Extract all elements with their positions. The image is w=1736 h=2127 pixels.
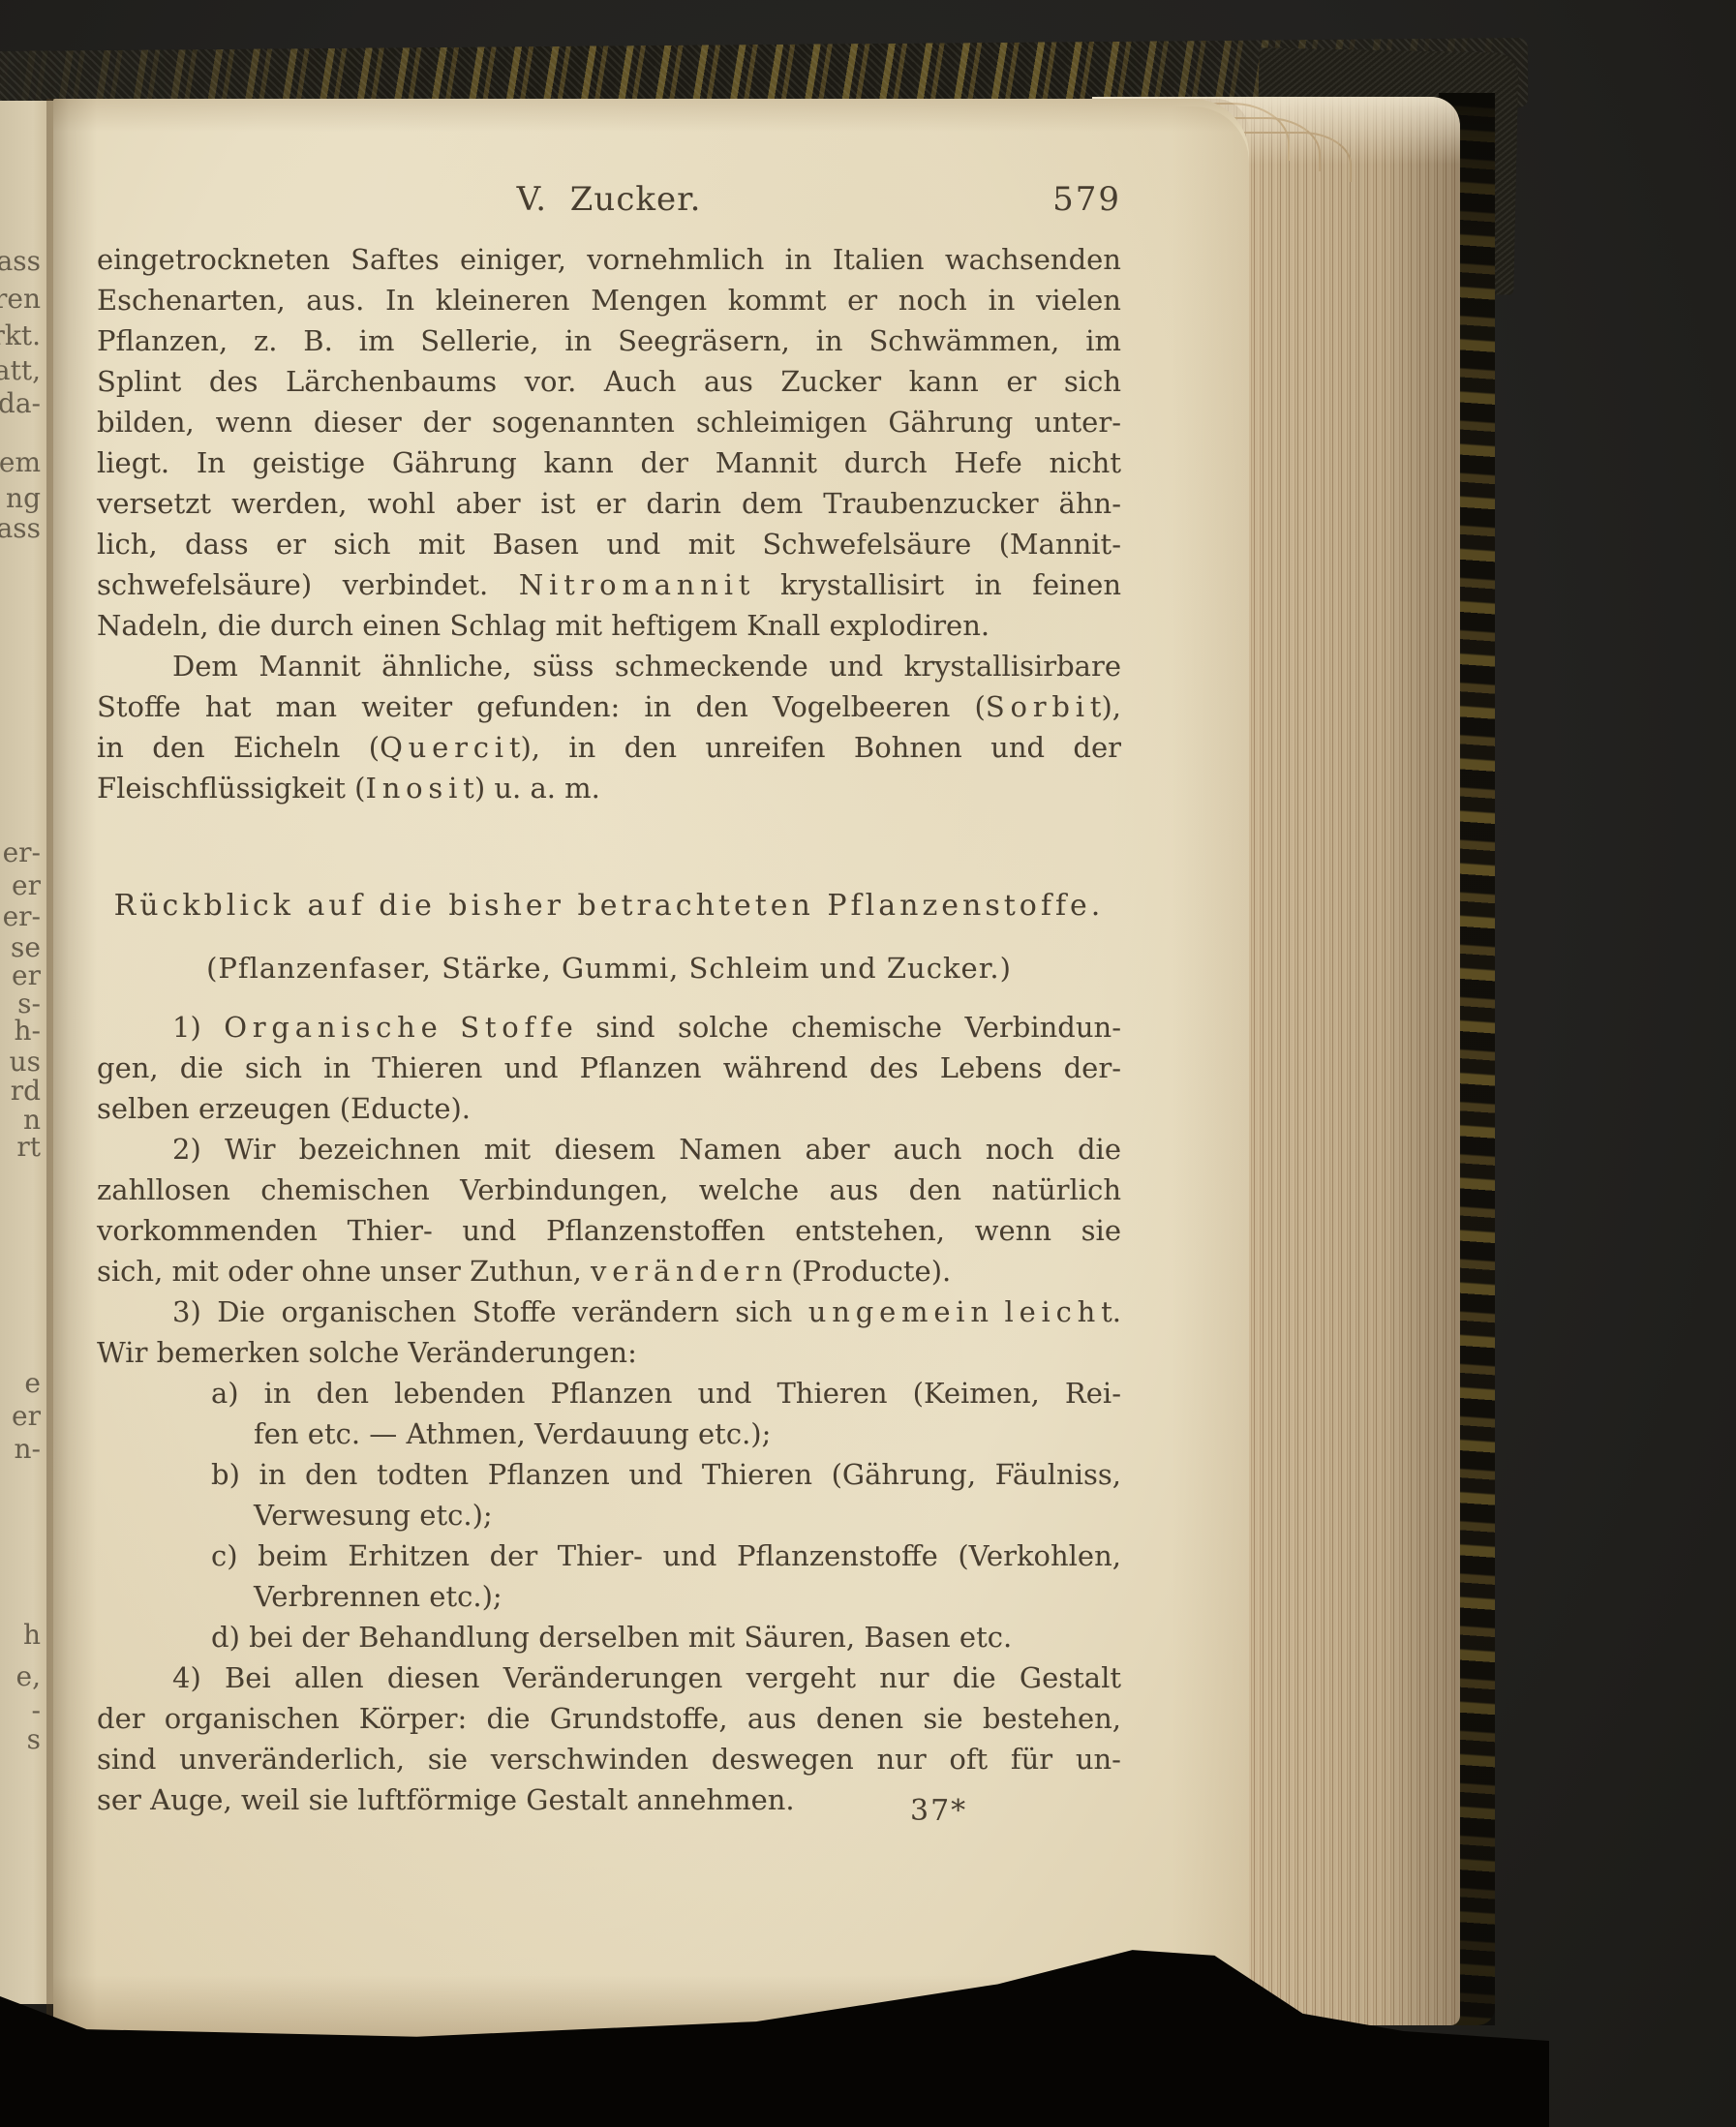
text-line: versetzt werden, wohl aber ist er darin … — [97, 483, 1121, 524]
text-line: sich, mit oder ohne unser Zuthun, v e r … — [97, 1251, 1121, 1291]
edge-text-fragment: rkt. — [0, 321, 41, 350]
edge-text-fragment: ass — [0, 247, 41, 276]
edge-text-fragment: rt — [16, 1133, 41, 1162]
edge-text-fragment: e — [24, 1369, 41, 1398]
text-line: der organischen Körper: die Grundstoffe,… — [97, 1698, 1121, 1739]
text-line: vorkommenden Thier- und Pflanzenstoffen … — [97, 1210, 1121, 1251]
text-line: Wir bemerken solche Veränderungen: — [97, 1332, 1121, 1373]
text-line: Stoffe hat man weiter gefunden: in den V… — [97, 686, 1121, 727]
text-line: Pflanzen, z. B. im Sellerie, in Seegräse… — [97, 320, 1121, 361]
edge-text-fragment: da- — [0, 389, 41, 418]
scanned-book-photo: assrenrkt.att,da-emngasser-erer-seers-h-… — [0, 0, 1736, 2127]
review-text: 1) O r g a n i s c h e S t o f f e sind … — [97, 1007, 1121, 1820]
text-line: 1) O r g a n i s c h e S t o f f e sind … — [97, 1007, 1121, 1048]
text-line: Splint des Lärchenbaums vor. Auch aus Zu… — [97, 361, 1121, 402]
section-heading: Rückblick auf die bisher betrachteten Pf… — [97, 883, 1121, 929]
text-line: 3) Die organischen Stoffe verändern sich… — [97, 1291, 1121, 1332]
text-line: Verwesung etc.); — [97, 1495, 1121, 1535]
text-line: lich, dass er sich mit Basen und mit Sch… — [97, 524, 1121, 564]
text-line: schwefelsäure) verbindet. N i t r o m a … — [97, 564, 1121, 605]
text-line: zahllosen chemischen Verbindungen, welch… — [97, 1170, 1121, 1210]
edge-text-fragment: att, — [0, 356, 41, 385]
text-line: a) in den lebenden Pflanzen und Thieren … — [97, 1373, 1121, 1413]
edge-text-fragment: er- — [3, 902, 41, 931]
edge-text-fragment: ng — [6, 484, 41, 513]
edge-text-fragment: us — [10, 1048, 41, 1077]
text-line: Fleischflüssigkeit (I n o s i t) u. a. m… — [97, 768, 1121, 808]
body-text: eingetrockneten Saftes einiger, vornehml… — [97, 239, 1121, 808]
edge-text-fragment: rd — [11, 1077, 41, 1106]
page-right-edge-shade — [1172, 106, 1249, 2023]
edge-text-fragment: er — [12, 1402, 41, 1431]
text-line: ser Auge, weil sie luftförmige Gestalt a… — [97, 1779, 1121, 1820]
left-edge-text-fragments: assrenrkt.att,da-emngasser-erer-seers-h-… — [0, 0, 54, 2127]
text-line: eingetrockneten Saftes einiger, vornehml… — [97, 239, 1121, 280]
edge-text-fragment: s — [27, 1725, 41, 1754]
text-line: Eschenarten, aus. In kleineren Mengen ko… — [97, 280, 1121, 320]
text-line: 2) Wir bezeichnen mit diesem Namen aber … — [97, 1129, 1121, 1170]
edge-text-fragment: ass — [0, 514, 41, 543]
edge-text-fragment: ren — [0, 285, 41, 314]
text-line: bilden, wenn dieser der sogenannten schl… — [97, 402, 1121, 442]
text-line: liegt. In geistige Gährung kann der Mann… — [97, 442, 1121, 483]
text-line: Dem Mannit ähnliche, süss schmeckende un… — [97, 646, 1121, 686]
edge-text-fragment: er — [12, 871, 41, 900]
running-head-title: V. Zucker. — [97, 180, 1121, 219]
page-header: V. Zucker. 579 — [97, 180, 1121, 219]
edge-text-fragment: - — [32, 1696, 41, 1725]
text-line: b) in den todten Pflanzen und Thieren (G… — [97, 1454, 1121, 1495]
text-line: sind unveränderlich, sie verschwinden de… — [97, 1739, 1121, 1779]
text-line: c) beim Erhitzen der Thier- und Pflanzen… — [97, 1535, 1121, 1576]
edge-text-fragment: se — [11, 933, 41, 962]
text-line: d) bei der Behandlung derselben mit Säur… — [97, 1617, 1121, 1657]
edge-text-fragment: h — [23, 1621, 41, 1650]
edge-text-fragment: em — [0, 448, 41, 477]
text-line: selben erzeugen (Educte). — [97, 1088, 1121, 1129]
text-line: Verbrennen etc.); — [97, 1576, 1121, 1617]
printers-signature-mark: 37* — [910, 1794, 967, 1828]
text-line: fen etc. — Athmen, Verdauung etc.); — [97, 1413, 1121, 1454]
text-line: gen, die sich in Thieren und Pflanzen wä… — [97, 1048, 1121, 1088]
section-subheading: (Pflanzenfaser, Stärke, Gummi, Schleim u… — [97, 947, 1121, 989]
text-line: Nadeln, die durch einen Schlag mit hefti… — [97, 605, 1121, 646]
page-number: 579 — [1052, 180, 1121, 219]
edge-text-fragment: h- — [15, 1017, 42, 1046]
edge-text-fragment: e, — [16, 1662, 41, 1691]
text-line: in den Eicheln (Q u e r c i t), in den u… — [97, 727, 1121, 768]
edge-text-fragment: er- — [3, 838, 41, 867]
edge-text-fragment: n- — [15, 1435, 42, 1464]
text-line: 4) Bei allen diesen Veränderungen vergeh… — [97, 1657, 1121, 1698]
edge-text-fragment: er — [12, 961, 41, 990]
